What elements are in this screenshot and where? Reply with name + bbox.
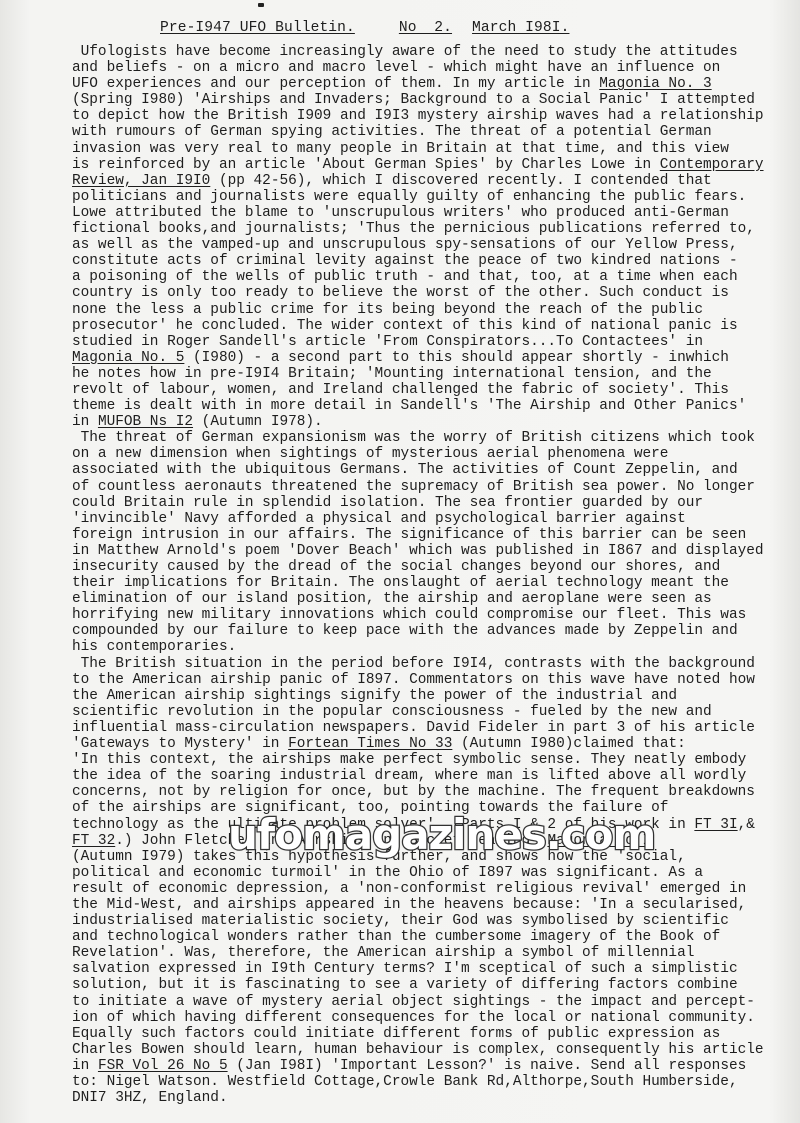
text-line: associated with the ubiquitous Germans. … xyxy=(72,462,800,478)
citation-reference: Fortean Times No 33 xyxy=(288,736,452,752)
watermark: ufomagazines.com xyxy=(228,810,655,859)
text-run: foreign intrusion in our affairs. The si… xyxy=(72,527,746,543)
text-run: solution, but it is fascinating to see a… xyxy=(72,977,738,993)
citation-reference: Review, Jan I9I0 xyxy=(72,173,210,189)
text-run: Equally such factors could initiate diff… xyxy=(72,1026,720,1042)
text-run: influential mass-circulation newspapers.… xyxy=(72,720,755,736)
text-line: concerns, not by religion for once, but … xyxy=(72,784,800,800)
text-run: 'invincible' Navy afforded a physical an… xyxy=(72,511,686,527)
text-run: compounded by our failure to keep pace w… xyxy=(72,623,738,639)
text-line: the idea of the soaring industrial dream… xyxy=(72,768,800,784)
text-run: (Autumn I978). xyxy=(193,414,323,430)
text-line: Magonia No. 5 (I980) - a second part to … xyxy=(72,350,800,366)
text-line: (Spring I980) 'Airships and Invaders; Ba… xyxy=(72,92,800,108)
text-run: DNI7 3HZ, England. xyxy=(72,1090,228,1106)
text-line: solution, but it is fascinating to see a… xyxy=(72,977,800,993)
bulletin-header: Pre-I947 UFO Bulletin.No 2.March I98I. xyxy=(160,20,569,36)
citation-reference: MUFOB Ns I2 xyxy=(98,414,193,430)
citation-reference: FT 32 xyxy=(72,833,115,849)
text-run: to the American airship panic of I897. C… xyxy=(72,672,755,688)
typewritten-page: Pre-I947 UFO Bulletin.No 2.March I98I. U… xyxy=(0,0,800,1123)
text-line: Review, Jan I9I0 (pp 42-56), which I dis… xyxy=(72,173,800,189)
text-line: result of economic depression, a 'non-co… xyxy=(72,881,800,897)
text-run: result of economic depression, a 'non-co… xyxy=(72,881,746,897)
article-body: Ufologists have become increasingly awar… xyxy=(72,44,800,1106)
text-line: to: Nigel Watson. Westfield Cottage,Crow… xyxy=(72,1074,800,1090)
text-line: is reinforced by an article 'About Germa… xyxy=(72,157,800,173)
text-run: (I980) - a second part to this should ap… xyxy=(184,350,729,366)
text-run: and technological wonders rather than th… xyxy=(72,929,720,945)
text-run: constitute acts of criminal levity again… xyxy=(72,253,738,269)
text-line: a poisoning of the wells of public truth… xyxy=(72,269,800,285)
text-run: of countless aeronauts threatened the su… xyxy=(72,479,755,495)
text-line: the American airship sightings signify t… xyxy=(72,688,800,704)
text-line: Equally such factors could initiate diff… xyxy=(72,1026,800,1042)
text-line: The threat of German expansionism was th… xyxy=(72,430,800,446)
text-run: Revelation'. Was, therefore, the America… xyxy=(72,945,694,961)
text-run: none the less a public crime for its bei… xyxy=(72,302,703,318)
text-line: 'invincible' Navy afforded a physical an… xyxy=(72,511,800,527)
text-line: 'In this context, the airships make perf… xyxy=(72,752,800,768)
text-run: politicians and journalists were equally… xyxy=(72,189,746,205)
issue-date: March I98I. xyxy=(472,20,569,36)
text-line: and technological wonders rather than th… xyxy=(72,929,800,945)
text-line: to the American airship panic of I897. C… xyxy=(72,672,800,688)
text-line: constitute acts of criminal levity again… xyxy=(72,253,800,269)
text-run: to depict how the British I909 and I9I3 … xyxy=(72,108,764,124)
text-run: studied in Roger Sandell's article 'From… xyxy=(72,334,703,350)
citation-reference: Contemporary xyxy=(660,157,764,173)
text-run: scientific revolution in the popular con… xyxy=(72,704,712,720)
text-run: salvation expressed in I9th Century term… xyxy=(72,961,738,977)
text-line: ion of which having different consequenc… xyxy=(72,1010,800,1026)
text-run: theme is dealt with in more detail in Sa… xyxy=(72,398,746,414)
text-line: their implications for Britain. The onsl… xyxy=(72,575,800,591)
text-run: on a new dimension when sightings of mys… xyxy=(72,446,668,462)
text-run: as well as the vamped-up and unscrupulou… xyxy=(72,237,738,253)
text-line: compounded by our failure to keep pace w… xyxy=(72,623,800,639)
text-line: Charles Bowen should learn, human behavi… xyxy=(72,1042,800,1058)
text-run: prosecutor' he concluded. The wider cont… xyxy=(72,318,738,334)
text-run: ion of which having different consequenc… xyxy=(72,1010,755,1026)
text-line: none the less a public crime for its bei… xyxy=(72,302,800,318)
citation-reference: FSR Vol 26 No 5 xyxy=(98,1058,228,1074)
text-line: in MUFOB Ns I2 (Autumn I978). xyxy=(72,414,800,430)
text-line: horrifying new military innovations whic… xyxy=(72,607,800,623)
citation-reference: FT 3I xyxy=(694,817,737,833)
text-line: the Mid-West, and airships appeared in t… xyxy=(72,897,800,913)
text-line: fictional books,and journalists; 'Thus t… xyxy=(72,221,800,237)
text-run: in Matthew Arnold's poem 'Dover Beach' w… xyxy=(72,543,764,559)
text-line: DNI7 3HZ, England. xyxy=(72,1090,800,1106)
text-run: in xyxy=(72,414,98,430)
text-line: and beliefs - on a micro and macro level… xyxy=(72,60,800,76)
text-line: he notes how in pre-I9I4 Britain; 'Mount… xyxy=(72,366,800,382)
text-run: The British situation in the period befo… xyxy=(72,656,755,672)
text-run: concerns, not by religion for once, but … xyxy=(72,784,755,800)
text-line: on a new dimension when sightings of mys… xyxy=(72,446,800,462)
text-run: and beliefs - on a micro and macro level… xyxy=(72,60,720,76)
text-line: in Matthew Arnold's poem 'Dover Beach' w… xyxy=(72,543,800,559)
text-run: Ufologists have become increasingly awar… xyxy=(72,44,738,60)
text-line: influential mass-circulation newspapers.… xyxy=(72,720,800,736)
text-line: elimination of our island position, the … xyxy=(72,591,800,607)
text-line: politicians and journalists were equally… xyxy=(72,189,800,205)
text-run: to initiate a wave of mystery aerial obj… xyxy=(72,994,755,1010)
text-run: Lowe attributed the blame to 'unscrupulo… xyxy=(72,205,729,221)
text-run: UFO experiences and our perception of th… xyxy=(72,76,599,92)
text-run: with rumours of German spying activities… xyxy=(72,124,712,140)
text-run: the Mid-West, and airships appeared in t… xyxy=(72,897,746,913)
text-run: industrialised materialistic society, th… xyxy=(72,913,729,929)
citation-reference: Magonia No. 5 xyxy=(72,350,184,366)
text-line: Lowe attributed the blame to 'unscrupulo… xyxy=(72,205,800,221)
text-line: studied in Roger Sandell's article 'From… xyxy=(72,334,800,350)
text-run: he notes how in pre-I9I4 Britain; 'Mount… xyxy=(72,366,712,382)
text-line: Revelation'. Was, therefore, the America… xyxy=(72,945,800,961)
text-run: their implications for Britain. The onsl… xyxy=(72,575,729,591)
text-line: prosecutor' he concluded. The wider cont… xyxy=(72,318,800,334)
text-run: (pp 42-56), which I discovered recently.… xyxy=(210,173,711,189)
bulletin-title: Pre-I947 UFO Bulletin. xyxy=(160,20,355,36)
text-line: in FSR Vol 26 No 5 (Jan I98I) 'Important… xyxy=(72,1058,800,1074)
text-run: to: Nigel Watson. Westfield Cottage,Crow… xyxy=(72,1074,738,1090)
text-line: to initiate a wave of mystery aerial obj… xyxy=(72,994,800,1010)
text-run: (Jan I98I) 'Important Lesson?' is naive.… xyxy=(228,1058,747,1074)
text-run: associated with the ubiquitous Germans. … xyxy=(72,462,738,478)
text-line: Ufologists have become increasingly awar… xyxy=(72,44,800,60)
text-line: scientific revolution in the popular con… xyxy=(72,704,800,720)
text-run: is reinforced by an article 'About Germa… xyxy=(72,157,660,173)
text-line: as well as the vamped-up and unscrupulou… xyxy=(72,237,800,253)
text-line: country is only too ready to believe the… xyxy=(72,285,800,301)
text-line: could Britain rule in splendid isolation… xyxy=(72,495,800,511)
text-run: invasion was very real to many people in… xyxy=(72,141,729,157)
text-line: foreign intrusion in our affairs. The si… xyxy=(72,527,800,543)
text-run: fictional books,and journalists; 'Thus t… xyxy=(72,221,755,237)
text-run: ,& xyxy=(738,817,755,833)
text-run: (Autumn I980)claimed that: xyxy=(452,736,685,752)
text-line: The British situation in the period befo… xyxy=(72,656,800,672)
text-line: UFO experiences and our perception of th… xyxy=(72,76,800,92)
ink-speck xyxy=(258,3,264,7)
text-line: invasion was very real to many people in… xyxy=(72,141,800,157)
text-run: the idea of the soaring industrial dream… xyxy=(72,768,746,784)
text-line: theme is dealt with in more detail in Sa… xyxy=(72,398,800,414)
text-run: political and economic turmoil' in the O… xyxy=(72,865,703,881)
text-run: The threat of German expansionism was th… xyxy=(72,430,755,446)
text-run: the American airship sightings signify t… xyxy=(72,688,677,704)
text-line: to depict how the British I909 and I9I3 … xyxy=(72,108,800,124)
text-run: country is only too ready to believe the… xyxy=(72,285,729,301)
text-run: (Spring I980) 'Airships and Invaders; Ba… xyxy=(72,92,755,108)
text-line: with rumours of German spying activities… xyxy=(72,124,800,140)
text-run: could Britain rule in splendid isolation… xyxy=(72,495,703,511)
text-line: revolt of labour, women, and Ireland cha… xyxy=(72,382,800,398)
text-run: elimination of our island position, the … xyxy=(72,591,712,607)
text-run: Charles Bowen should learn, human behavi… xyxy=(72,1042,764,1058)
text-run: a poisoning of the wells of public truth… xyxy=(72,269,738,285)
text-run: horrifying new military innovations whic… xyxy=(72,607,746,623)
text-line: 'Gateways to Mystery' in Fortean Times N… xyxy=(72,736,800,752)
text-run: in xyxy=(72,1058,98,1074)
text-run: revolt of labour, women, and Ireland cha… xyxy=(72,382,729,398)
text-run: insecurity caused by the dread of the so… xyxy=(72,559,720,575)
text-line: insecurity caused by the dread of the so… xyxy=(72,559,800,575)
text-run: 'Gateways to Mystery' in xyxy=(72,736,288,752)
issue-number: No 2. xyxy=(399,20,452,36)
text-line: salvation expressed in I9th Century term… xyxy=(72,961,800,977)
text-line: his contemporaries. xyxy=(72,639,800,655)
text-line: industrialised materialistic society, th… xyxy=(72,913,800,929)
text-run: his contemporaries. xyxy=(72,639,236,655)
citation-reference: Magonia No. 3 xyxy=(599,76,711,92)
text-line: of countless aeronauts threatened the su… xyxy=(72,479,800,495)
text-line: political and economic turmoil' in the O… xyxy=(72,865,800,881)
text-run: 'In this context, the airships make perf… xyxy=(72,752,746,768)
